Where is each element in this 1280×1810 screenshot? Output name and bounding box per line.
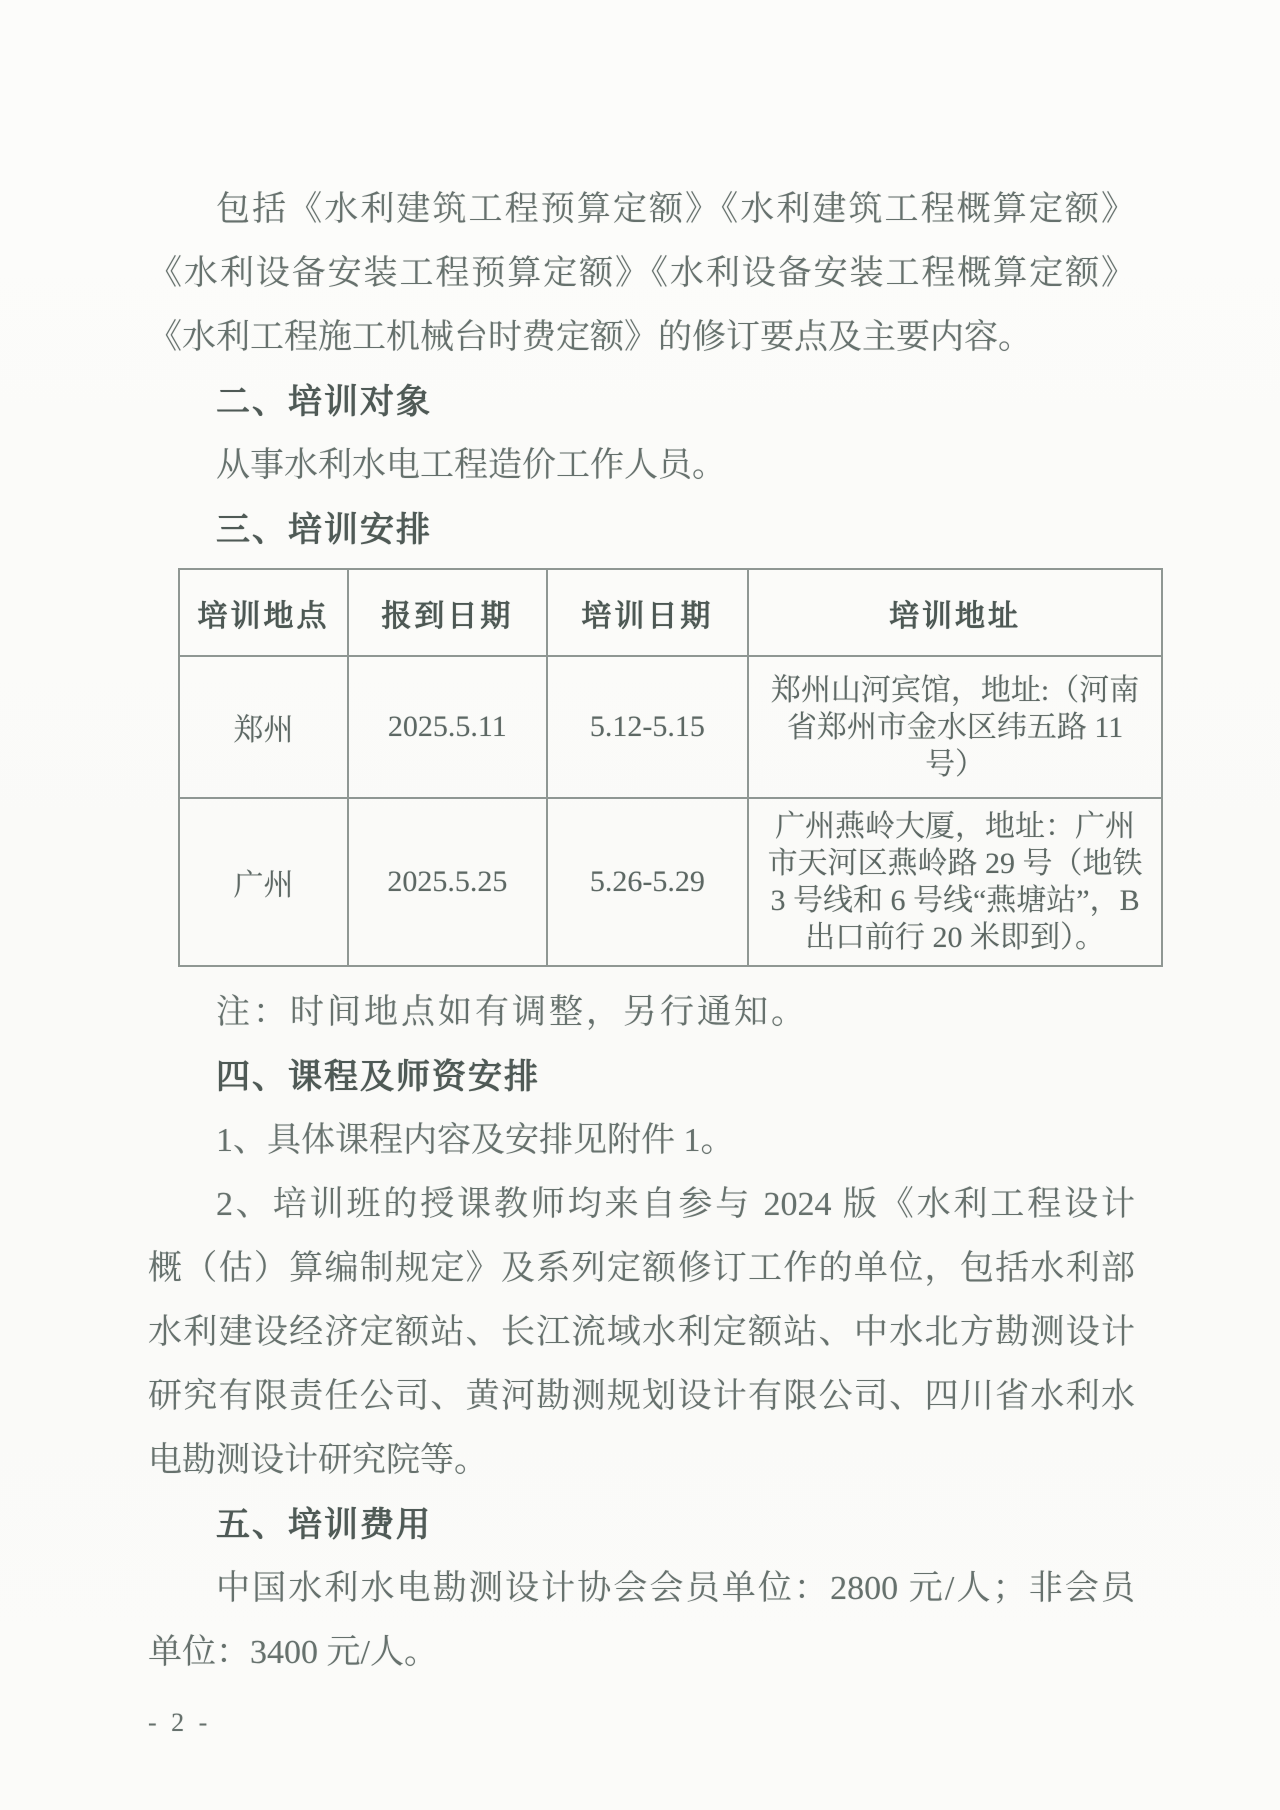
section4-item-1: 1、具体课程内容及安排见附件 1。 xyxy=(148,1109,1135,1173)
table-header-location: 培训地点 xyxy=(179,569,348,656)
section4-heading: 四、课程及师资安排 xyxy=(148,1045,1135,1109)
section5-fee-line-2: 单位：3400 元/人。 xyxy=(148,1621,1135,1685)
page-number: - 2 - xyxy=(148,1703,1135,1743)
table-header-checkin-date: 报到日期 xyxy=(348,569,547,656)
section4-item-2-line-2: 概（估）算编制规定》及系列定额修订工作的单位，包括水利部 xyxy=(148,1237,1135,1301)
guangzhou-checkin-cell: 2025.5.25 xyxy=(348,798,547,966)
section4-item-2-line-4: 研究有限责任公司、黄河勘测规划设计有限公司、四川省水利水 xyxy=(148,1365,1135,1429)
scanned-document-page: 包括《水利建筑工程预算定额》《水利建筑工程概算定额》 《水利设备安装工程预算定额… xyxy=(0,0,1280,1810)
table-row-zhengzhou: 郑州 2025.5.11 5.12-5.15 郑州山河宾馆，地址:（河南省郑州市… xyxy=(179,656,1162,798)
table-header-address: 培训地址 xyxy=(748,569,1162,656)
intro-paragraph-line-2: 《水利设备安装工程预算定额》《水利设备安装工程概算定额》 xyxy=(148,242,1135,306)
section5-heading: 五、培训费用 xyxy=(148,1493,1135,1557)
training-schedule-table: 培训地点 报到日期 培训日期 培训地址 郑州 2025.5.11 5.12-5.… xyxy=(178,568,1163,967)
section2-heading: 二、培训对象 xyxy=(148,370,1135,434)
zhengzhou-address-cell: 郑州山河宾馆，地址:（河南省郑州市金水区纬五路 11 号） xyxy=(748,656,1162,798)
section4-item-2-line-3: 水利建设经济定额站、长江流域水利定额站、中水北方勘测设计 xyxy=(148,1301,1135,1365)
guangzhou-address-cell: 广州燕岭大厦，地址：广州市天河区燕岭路 29 号（地铁 3 号线和 6 号线“燕… xyxy=(748,798,1162,966)
section4-item-2-line-5: 电勘测设计研究院等。 xyxy=(148,1429,1135,1493)
guangzhou-location-cell: 广州 xyxy=(179,798,348,966)
table-header-training-date: 培训日期 xyxy=(547,569,749,656)
intro-paragraph-line-1: 包括《水利建筑工程预算定额》《水利建筑工程概算定额》 xyxy=(148,178,1135,242)
guangzhou-dates-cell: 5.26-5.29 xyxy=(547,798,749,966)
table-header-row: 培训地点 报到日期 培训日期 培训地址 xyxy=(179,569,1162,656)
table-note: 注：时间地点如有调整，另行通知。 xyxy=(148,981,1135,1045)
zhengzhou-dates-cell: 5.12-5.15 xyxy=(547,656,749,798)
section2-body: 从事水利水电工程造价工作人员。 xyxy=(148,434,1135,498)
section3-heading: 三、培训安排 xyxy=(148,498,1135,562)
table-row-guangzhou: 广州 2025.5.25 5.26-5.29 广州燕岭大厦，地址：广州市天河区燕… xyxy=(179,798,1162,966)
zhengzhou-location-cell: 郑州 xyxy=(179,656,348,798)
section4-item-2-line-1: 2、培训班的授课教师均来自参与 2024 版《水利工程设计 xyxy=(148,1173,1135,1237)
zhengzhou-checkin-cell: 2025.5.11 xyxy=(348,656,547,798)
intro-paragraph-line-3: 《水利工程施工机械台时费定额》的修订要点及主要内容。 xyxy=(148,306,1135,370)
section5-fee-line-1: 中国水利水电勘测设计协会会员单位：2800 元/人；非会员 xyxy=(148,1557,1135,1621)
